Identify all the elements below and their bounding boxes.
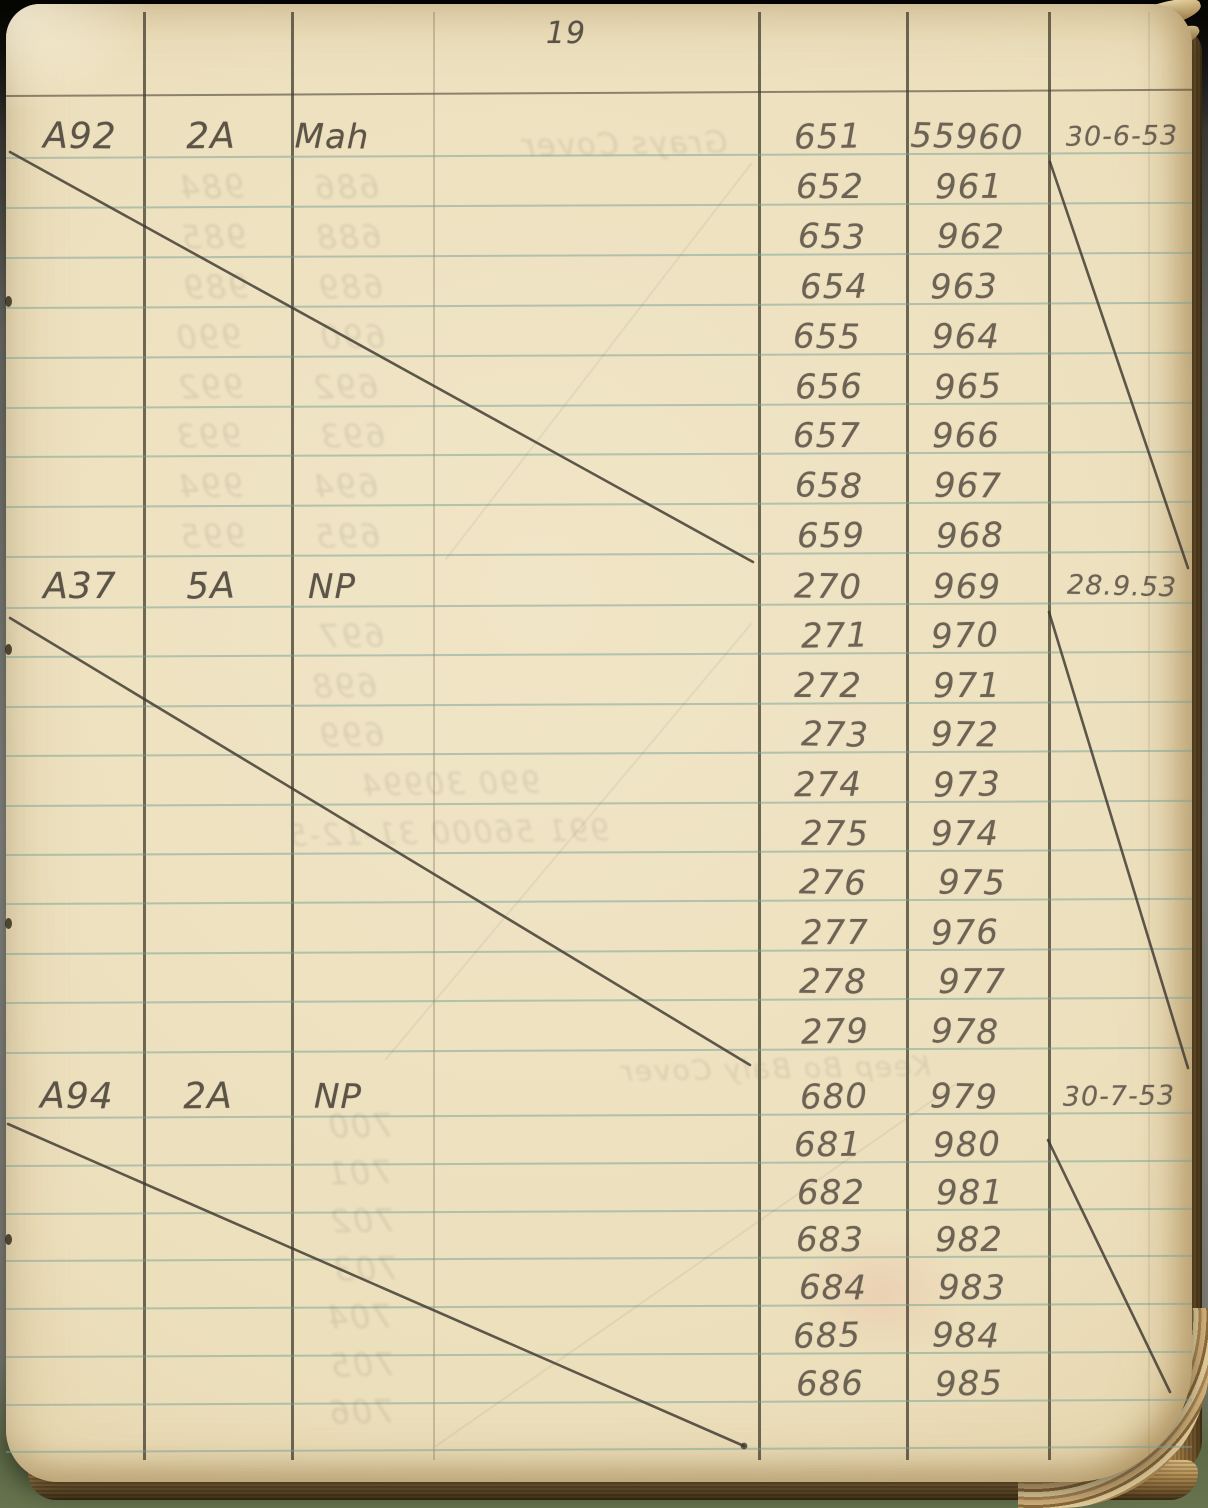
ghost-number: 994	[154, 464, 267, 508]
ghost-number: 706	[306, 1391, 417, 1435]
ledger-number: 967	[902, 464, 1035, 508]
ledger-number: 971	[901, 664, 1033, 707]
ghost-number: 695	[295, 514, 400, 558]
ledger-number: 961	[903, 165, 1035, 208]
type-code: NP	[285, 1075, 392, 1118]
ledger-number: 983	[906, 1267, 1038, 1310]
column-rule-6	[1048, 12, 1051, 1460]
ref-code: A94	[21, 1075, 134, 1118]
ledger-number: 970	[898, 614, 1031, 659]
serial-number: 654	[771, 265, 897, 308]
column-rule-1	[143, 12, 146, 1460]
serial-number: 275	[772, 813, 898, 856]
entry-date: 28.9.53	[1047, 564, 1198, 610]
ledger-number: 984	[900, 1314, 1033, 1358]
ghost-number: 703	[310, 1247, 421, 1291]
notebook-page: 19 A922AMah30-6-536516526536546556566576…	[6, 4, 1192, 1482]
binding-hole	[5, 918, 12, 929]
serial-number: 273	[772, 713, 899, 758]
ref-code: A92	[24, 115, 137, 158]
ledger-number: 978	[899, 1009, 1032, 1054]
ledger-number: 973	[901, 762, 1034, 807]
ledger-number: 969	[901, 565, 1033, 608]
serial-number: 278	[770, 961, 896, 1004]
serial-number: 685	[763, 1313, 890, 1358]
binding-hole	[5, 644, 12, 655]
ledger-number: 966	[900, 415, 1032, 458]
serial-number: 271	[772, 614, 899, 658]
class-code: 2A	[152, 1075, 264, 1118]
ledger-number: 981	[904, 1171, 1036, 1214]
ghost-number: 694	[293, 464, 398, 508]
ghost-number: 702	[307, 1199, 418, 1243]
ghost-number: 693	[300, 414, 405, 458]
table-header-rule	[6, 89, 1192, 97]
ledger-number: 962	[905, 215, 1038, 259]
top-left-corner-highlight	[6, 4, 156, 114]
ghost-number: 995	[156, 514, 269, 558]
binding-hole	[5, 296, 12, 307]
serial-number: 276	[770, 861, 897, 906]
ghost-number: 993	[152, 414, 265, 458]
serial-number: 684	[770, 1266, 897, 1310]
serial-number: 686	[767, 1362, 894, 1406]
ledger-number: 974	[899, 813, 1031, 855]
ghost-number: 686	[294, 165, 399, 209]
ledger-number: 964	[900, 315, 1032, 358]
serial-number: 270	[765, 565, 892, 609]
serial-number: 655	[764, 315, 891, 359]
ghost-number: 985	[157, 215, 270, 259]
serial-number: 653	[769, 214, 896, 259]
ghost-number: 992	[154, 365, 267, 409]
ledger-number: 982	[903, 1219, 1035, 1261]
serial-number: 682	[768, 1171, 894, 1213]
ledger-number: 975	[906, 861, 1039, 905]
serial-number: 656	[766, 365, 893, 409]
ghost-number: 692	[293, 365, 398, 409]
ghost-number: 989	[159, 265, 272, 309]
serial-number: 657	[764, 415, 890, 457]
column-rule-2	[291, 12, 294, 1460]
ledger-number: 963	[898, 265, 1031, 309]
type-code: NP	[279, 566, 385, 608]
ref-code: A37	[24, 566, 136, 608]
serial-number: 272	[765, 664, 891, 707]
column-rule-3	[433, 12, 435, 1460]
serial-number: 652	[767, 166, 893, 208]
ledger-number: 55960	[901, 115, 1034, 160]
ledger-number: 985	[903, 1361, 1036, 1406]
page-number: 19	[534, 12, 598, 56]
serial-number: 274	[765, 763, 891, 806]
serial-number: 279	[772, 1009, 899, 1054]
ledger-number: 968	[904, 514, 1037, 558]
class-code: 2A	[155, 115, 267, 158]
ghost-number: 990	[152, 315, 265, 359]
ghost-number: 698	[292, 664, 397, 708]
serial-number: 659	[768, 515, 894, 558]
ghost-number: 690	[300, 315, 405, 359]
column-rule-7	[1148, 12, 1150, 1460]
ghost-number: 705	[307, 1343, 418, 1387]
serial-number: 680	[771, 1075, 898, 1119]
serial-number: 681	[765, 1123, 891, 1166]
ghost-number: 984	[155, 165, 268, 209]
class-code: 5A	[155, 565, 268, 610]
entry-date: 30-6-53	[1047, 115, 1198, 159]
ledger-number: 980	[901, 1123, 1034, 1168]
ruled-line	[6, 1446, 1192, 1453]
binding-hole	[5, 1234, 12, 1245]
scanned-ledger-photo: 19 A922AMah30-6-536516526536546556566576…	[0, 0, 1208, 1508]
ghost-writing: Grays Cover	[474, 121, 775, 168]
ledger-number: 972	[899, 713, 1032, 757]
serial-number: 683	[767, 1219, 893, 1262]
ghost-number: 688	[296, 215, 401, 259]
ledger-number: 976	[899, 911, 1032, 955]
serial-number: 658	[766, 464, 893, 509]
ghost-number: 697	[299, 614, 404, 658]
entry-date: 30-7-53	[1044, 1075, 1195, 1119]
type-code: Mah	[279, 115, 386, 158]
column-rule-4	[758, 12, 761, 1460]
ledger-number: 977	[906, 961, 1038, 1003]
ledger-number: 965	[902, 364, 1035, 409]
ghost-number: 701	[304, 1152, 415, 1196]
serial-number: 277	[772, 911, 898, 954]
ghost-number: 699	[299, 713, 404, 757]
ghost-number: 704	[304, 1295, 415, 1339]
ghost-number: 689	[298, 265, 403, 309]
serial-number: 651	[765, 115, 892, 159]
ledger-number: 979	[898, 1075, 1031, 1120]
